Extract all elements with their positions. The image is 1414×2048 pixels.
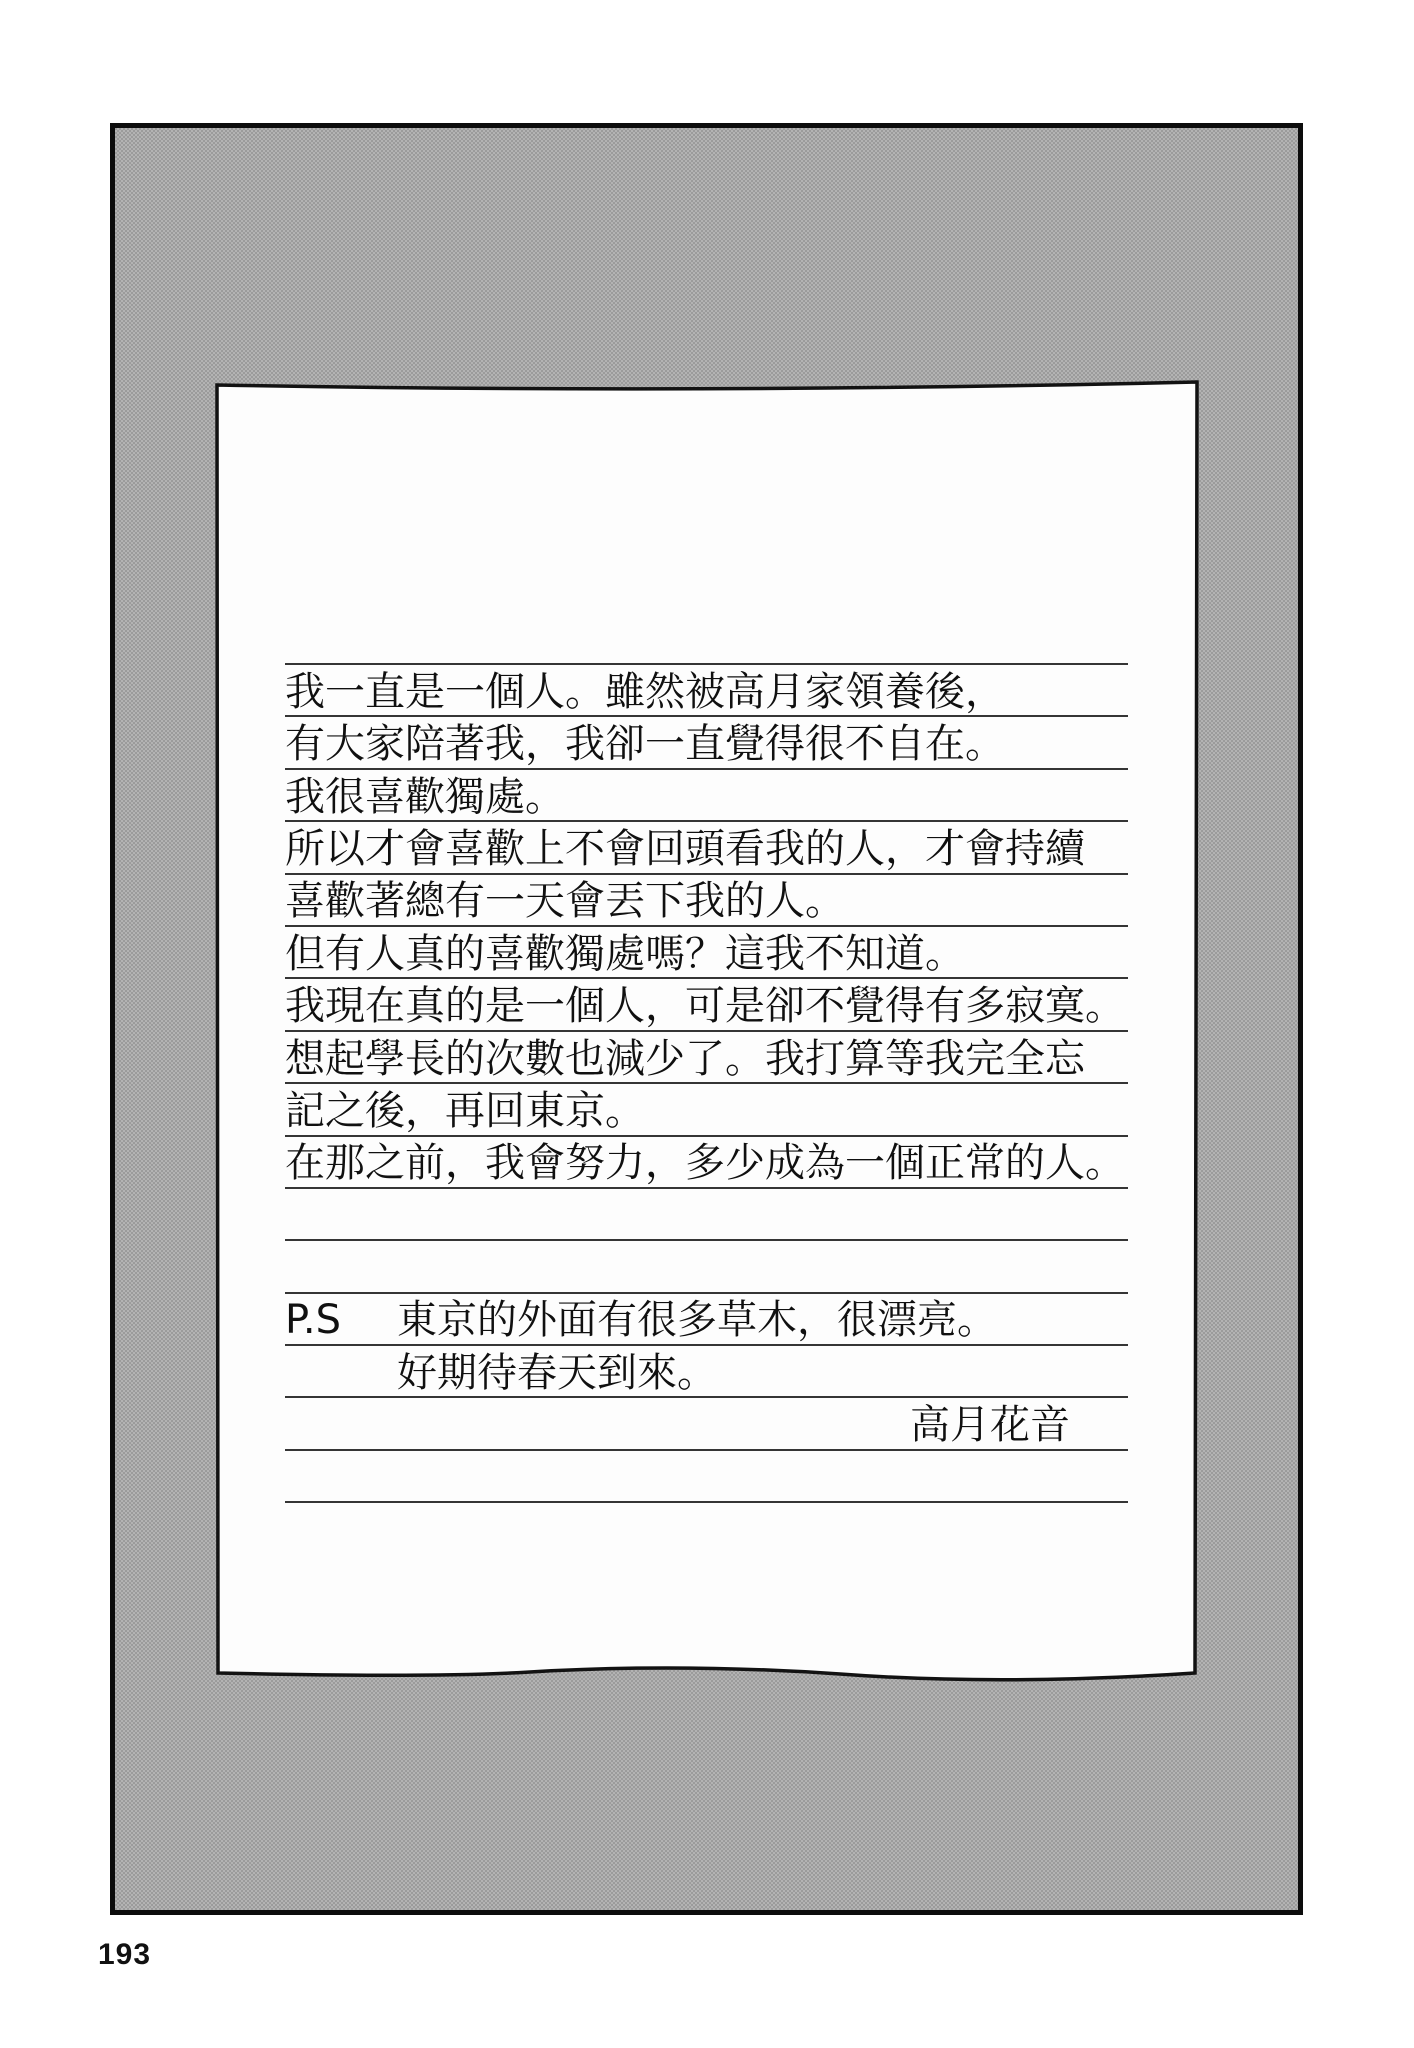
blank-line-1	[285, 1189, 1128, 1241]
postscript-line-1: P.S 東京的外面有很多草木，很漂亮。	[285, 1294, 1128, 1346]
letter-text-block: 我一直是一個人。雖然被高月家領養後， 有大家陪著我，我卻一直覺得很不自在。 我很…	[285, 663, 1128, 1503]
signature-line: 高月花音	[285, 1398, 1128, 1450]
postscript-line-2: 好期待春天到來。	[285, 1346, 1128, 1398]
page-number: 193	[98, 1938, 151, 1972]
letter-line-8: 想起學長的次數也減少了。我打算等我完全忘	[285, 1032, 1128, 1084]
letter-line-10: 在那之前，我會努力，多少成為一個正常的人。	[285, 1137, 1128, 1189]
page-background: { "page": { "number": "193" }, "colors":…	[0, 0, 1414, 2048]
letter-line-4: 所以才會喜歡上不會回頭看我的人，才會持續	[285, 822, 1128, 874]
letter-line-5: 喜歡著總有一天會丟下我的人。	[285, 875, 1128, 927]
letter-line-9: 記之後，再回東京。	[285, 1084, 1128, 1136]
letter-line-7: 我現在真的是一個人，可是卻不覺得有多寂寞。	[285, 979, 1128, 1031]
postscript-text: 東京的外面有很多草木，很漂亮。	[397, 1300, 997, 1342]
letter-line-3: 我很喜歡獨處。	[285, 770, 1128, 822]
postscript-label: P.S	[285, 1300, 397, 1342]
letter-line-6: 但有人真的喜歡獨處嗎？這我不知道。	[285, 927, 1128, 979]
letter-line-2: 有大家陪著我，我卻一直覺得很不自在。	[285, 717, 1128, 769]
blank-line-2	[285, 1241, 1128, 1293]
letter-line-1: 我一直是一個人。雖然被高月家領養後，	[285, 665, 1128, 717]
blank-line-3	[285, 1451, 1128, 1503]
